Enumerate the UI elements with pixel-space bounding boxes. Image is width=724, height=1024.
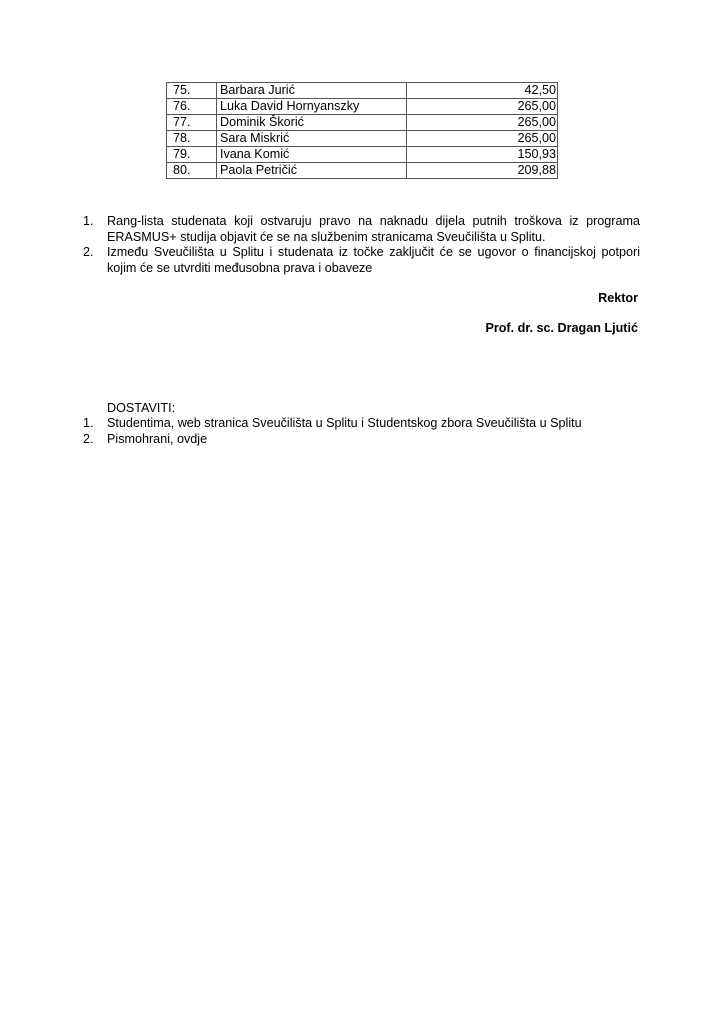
- student-name: Dominik Škorić: [217, 115, 407, 131]
- delivery-text: Pismohrani, ovdje: [107, 432, 207, 446]
- amount: 265,00: [407, 115, 558, 131]
- decision-list: 1. Rang-lista studenata koji ostvaruju p…: [83, 214, 640, 276]
- row-number: 80.: [167, 163, 217, 179]
- row-number: 75.: [167, 83, 217, 99]
- decision-item: 2. Između Sveučilišta u Splitu i studena…: [83, 245, 640, 276]
- list-marker: 1.: [83, 416, 94, 432]
- amount: 150,93: [407, 147, 558, 163]
- list-marker: 2.: [83, 432, 94, 448]
- delivery-item: 2. Pismohrani, ovdje: [83, 432, 640, 448]
- amount: 265,00: [407, 131, 558, 147]
- signature-name: Prof. dr. sc. Dragan Ljutić: [485, 321, 638, 335]
- signature-title: Rektor: [598, 291, 638, 305]
- student-name: Paola Petričić: [217, 163, 407, 179]
- table-row: 80.Paola Petričić209,88: [167, 163, 558, 179]
- decision-text: Rang-lista studenata koji ostvaruju prav…: [107, 214, 640, 244]
- delivery-heading: DOSTAVITI:: [107, 401, 175, 415]
- delivery-text: Studentima, web stranica Sveučilišta u S…: [107, 416, 582, 430]
- student-name: Ivana Komić: [217, 147, 407, 163]
- amount: 42,50: [407, 83, 558, 99]
- table-row: 76.Luka David Hornyanszky265,00: [167, 99, 558, 115]
- table-row: 78.Sara Miskrić265,00: [167, 131, 558, 147]
- row-number: 76.: [167, 99, 217, 115]
- row-number: 79.: [167, 147, 217, 163]
- student-amount-table: 75.Barbara Jurić42,5076.Luka David Horny…: [166, 82, 558, 179]
- list-marker: 2.: [83, 245, 94, 261]
- student-name: Sara Miskrić: [217, 131, 407, 147]
- student-name: Luka David Hornyanszky: [217, 99, 407, 115]
- table-row: 75.Barbara Jurić42,50: [167, 83, 558, 99]
- delivery-item: 1. Studentima, web stranica Sveučilišta …: [83, 416, 640, 432]
- list-marker: 1.: [83, 214, 94, 230]
- row-number: 77.: [167, 115, 217, 131]
- amount: 265,00: [407, 99, 558, 115]
- row-number: 78.: [167, 131, 217, 147]
- table-row: 77.Dominik Škorić265,00: [167, 115, 558, 131]
- amount: 209,88: [407, 163, 558, 179]
- table-row: 79.Ivana Komić150,93: [167, 147, 558, 163]
- decision-item: 1. Rang-lista studenata koji ostvaruju p…: [83, 214, 640, 245]
- student-name: Barbara Jurić: [217, 83, 407, 99]
- delivery-list: 1. Studentima, web stranica Sveučilišta …: [83, 416, 640, 447]
- decision-text: Između Sveučilišta u Splitu i studenata …: [107, 245, 640, 275]
